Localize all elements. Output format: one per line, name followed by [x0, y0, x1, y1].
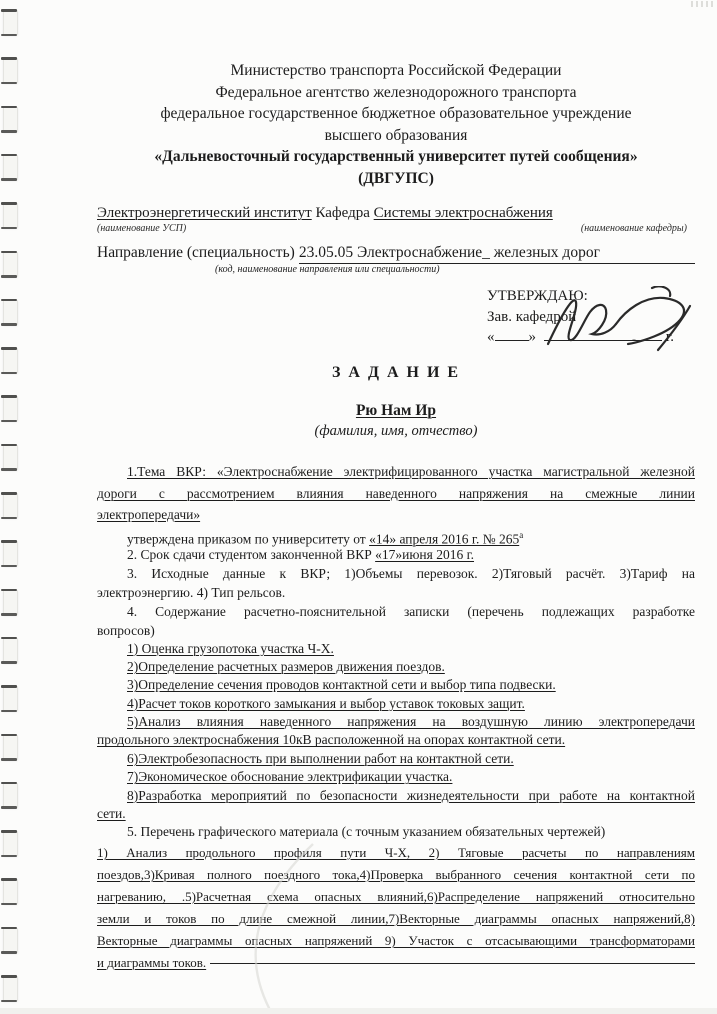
caption-row: (наименование УСП) (наименование кафедры…	[97, 223, 695, 235]
task-item-continued: сети.	[97, 805, 695, 823]
approve-role: Зав. кафедрой	[487, 307, 717, 328]
input-data-line: 3. Исходные данные к ВКР; 1)Объемы перев…	[97, 564, 695, 583]
trailing-rule	[210, 963, 695, 964]
year-suffix: г.	[666, 329, 674, 345]
binding-hole	[3, 541, 18, 566]
binding-hole	[3, 203, 18, 228]
binding-hole	[3, 445, 18, 470]
task-item: 8)Разработка мероприятий по безопасности…	[97, 787, 695, 805]
task-item: 6)Электробезопасность при выполнении раб…	[97, 750, 695, 768]
institute-row: Электроэнергетический институт Кафедра С…	[97, 203, 695, 223]
topic-line: электропередачи»	[97, 504, 695, 526]
ministry-header: Министерство транспорта Российской Федер…	[97, 60, 695, 189]
header-line: высшего образования	[97, 125, 695, 147]
graphics-line: земли и токов по длине смежной линии,7)В…	[97, 908, 695, 930]
topic-line: дороги с рассмотрением влияния наведенно…	[97, 483, 695, 505]
approval-block: УТВЕРЖДАЮ: Зав. кафедрой «»- г.	[487, 286, 717, 348]
header-line: Федеральное агентство железнодорожного т…	[97, 82, 695, 104]
binding-hole	[3, 686, 18, 711]
binding-hole	[3, 155, 18, 180]
task-item: 2)Определение расчетных размеров движени…	[97, 658, 695, 676]
binding-hole	[3, 976, 18, 1001]
university-abbr: (ДВГУПС)	[97, 168, 695, 190]
binding-hole	[3, 300, 18, 325]
document-title: З А Д А Н И Е	[97, 364, 695, 382]
graphics-line: Векторные диаграммы опасных напряжений 9…	[97, 930, 695, 952]
direction-row: Направление (специальность) 23.05.05 Эле…	[97, 242, 695, 264]
header-line: федеральное государственное бюджетное об…	[97, 103, 695, 125]
direction-value: 23.05.05 Электроснабжение_ железных доро…	[299, 242, 695, 264]
deadline-date: «17»июня 2016 г.	[375, 547, 474, 562]
department-caption: (наименование кафедры)	[581, 223, 687, 235]
binding-hole	[3, 831, 18, 856]
direction-label: Направление (специальность)	[97, 242, 295, 264]
task-item: 5)Анализ влияния наведенного напряжения …	[97, 713, 695, 731]
department-label: Кафедра	[315, 205, 369, 221]
input-data-line: электроэнергию. 4) Тип рельсов.	[97, 583, 695, 602]
graphics-heading: 5. Перечень графического материала (с то…	[97, 823, 695, 841]
decree-superscript: а	[519, 530, 523, 540]
binding-hole	[3, 928, 18, 953]
university-name: «Дальневосточный государственный универс…	[97, 146, 695, 168]
deadline-line: 2. Срок сдачи студентом законченной ВКР …	[97, 545, 695, 564]
task-item: 4)Расчет токов короткого замыкания и выб…	[97, 695, 695, 713]
contents-line: вопросов)	[97, 621, 695, 640]
binding-hole	[3, 735, 18, 760]
header-line: Министерство транспорта Российской Федер…	[97, 60, 695, 82]
task-item-continued: продольного электроснабжения 10кВ распол…	[97, 731, 695, 749]
binding-hole	[3, 252, 18, 277]
binding-hole	[3, 638, 18, 663]
topic-line: 1.Тема ВКР: «Электроснабжение электрифиц…	[97, 461, 695, 483]
graphics-line-last: и диаграммы токов.	[97, 952, 695, 974]
approve-title: УТВЕРЖДАЮ:	[487, 286, 717, 307]
graphics-line: 1) Анализ продольного профиля пути Ч-Х, …	[97, 842, 695, 864]
binding-hole	[3, 396, 18, 421]
task-item: 7)Экономическое обоснование электрификац…	[97, 768, 695, 786]
student-name-caption: (фамилия, имя, отчество)	[97, 423, 695, 440]
graphics-line: нагреванию, .5)Расчетная схема опасных в…	[97, 886, 695, 908]
task-item: 3)Определение сечения проводов контактно…	[97, 676, 695, 694]
document-content: Министерство транспорта Российской Федер…	[97, 0, 695, 974]
signature-blank: -	[544, 327, 662, 341]
binding-hole	[3, 493, 18, 518]
binding-holes	[0, 0, 52, 1014]
contents-line: 4. Содержание расчетно-пояснительной зап…	[97, 602, 695, 621]
binding-hole	[3, 348, 18, 373]
binding-hole	[3, 783, 18, 808]
direction-caption: (код, наименование направления или специ…	[215, 264, 695, 276]
binding-hole	[3, 58, 18, 83]
institute-name: Электроэнергетический институт	[97, 205, 312, 221]
scanned-task-assignment-page: Министерство транспорта Российской Федер…	[0, 0, 717, 1014]
date-blank	[495, 327, 529, 341]
graphics-line: поездов,3)Кривая полного поездного тока,…	[97, 864, 695, 886]
binding-hole	[3, 10, 18, 35]
binding-hole	[3, 590, 18, 615]
binding-hole	[3, 879, 18, 904]
approve-date-line: «»- г.	[487, 327, 717, 348]
decree-date: «14» апреля 2016 г. № 265	[369, 531, 519, 546]
task-item: 1) Оценка грузопотока участка Ч-Х.	[97, 640, 695, 658]
binding-hole	[3, 107, 18, 132]
decree-line: утверждена приказом по университету от «…	[97, 526, 695, 545]
assignment-body: 1.Тема ВКР: «Электроснабжение электрифиц…	[97, 461, 695, 974]
student-name: Рю Нам Ир	[97, 402, 695, 420]
usp-caption: (наименование УСП)	[97, 223, 186, 235]
department-name: Системы электроснабжения	[374, 205, 553, 221]
